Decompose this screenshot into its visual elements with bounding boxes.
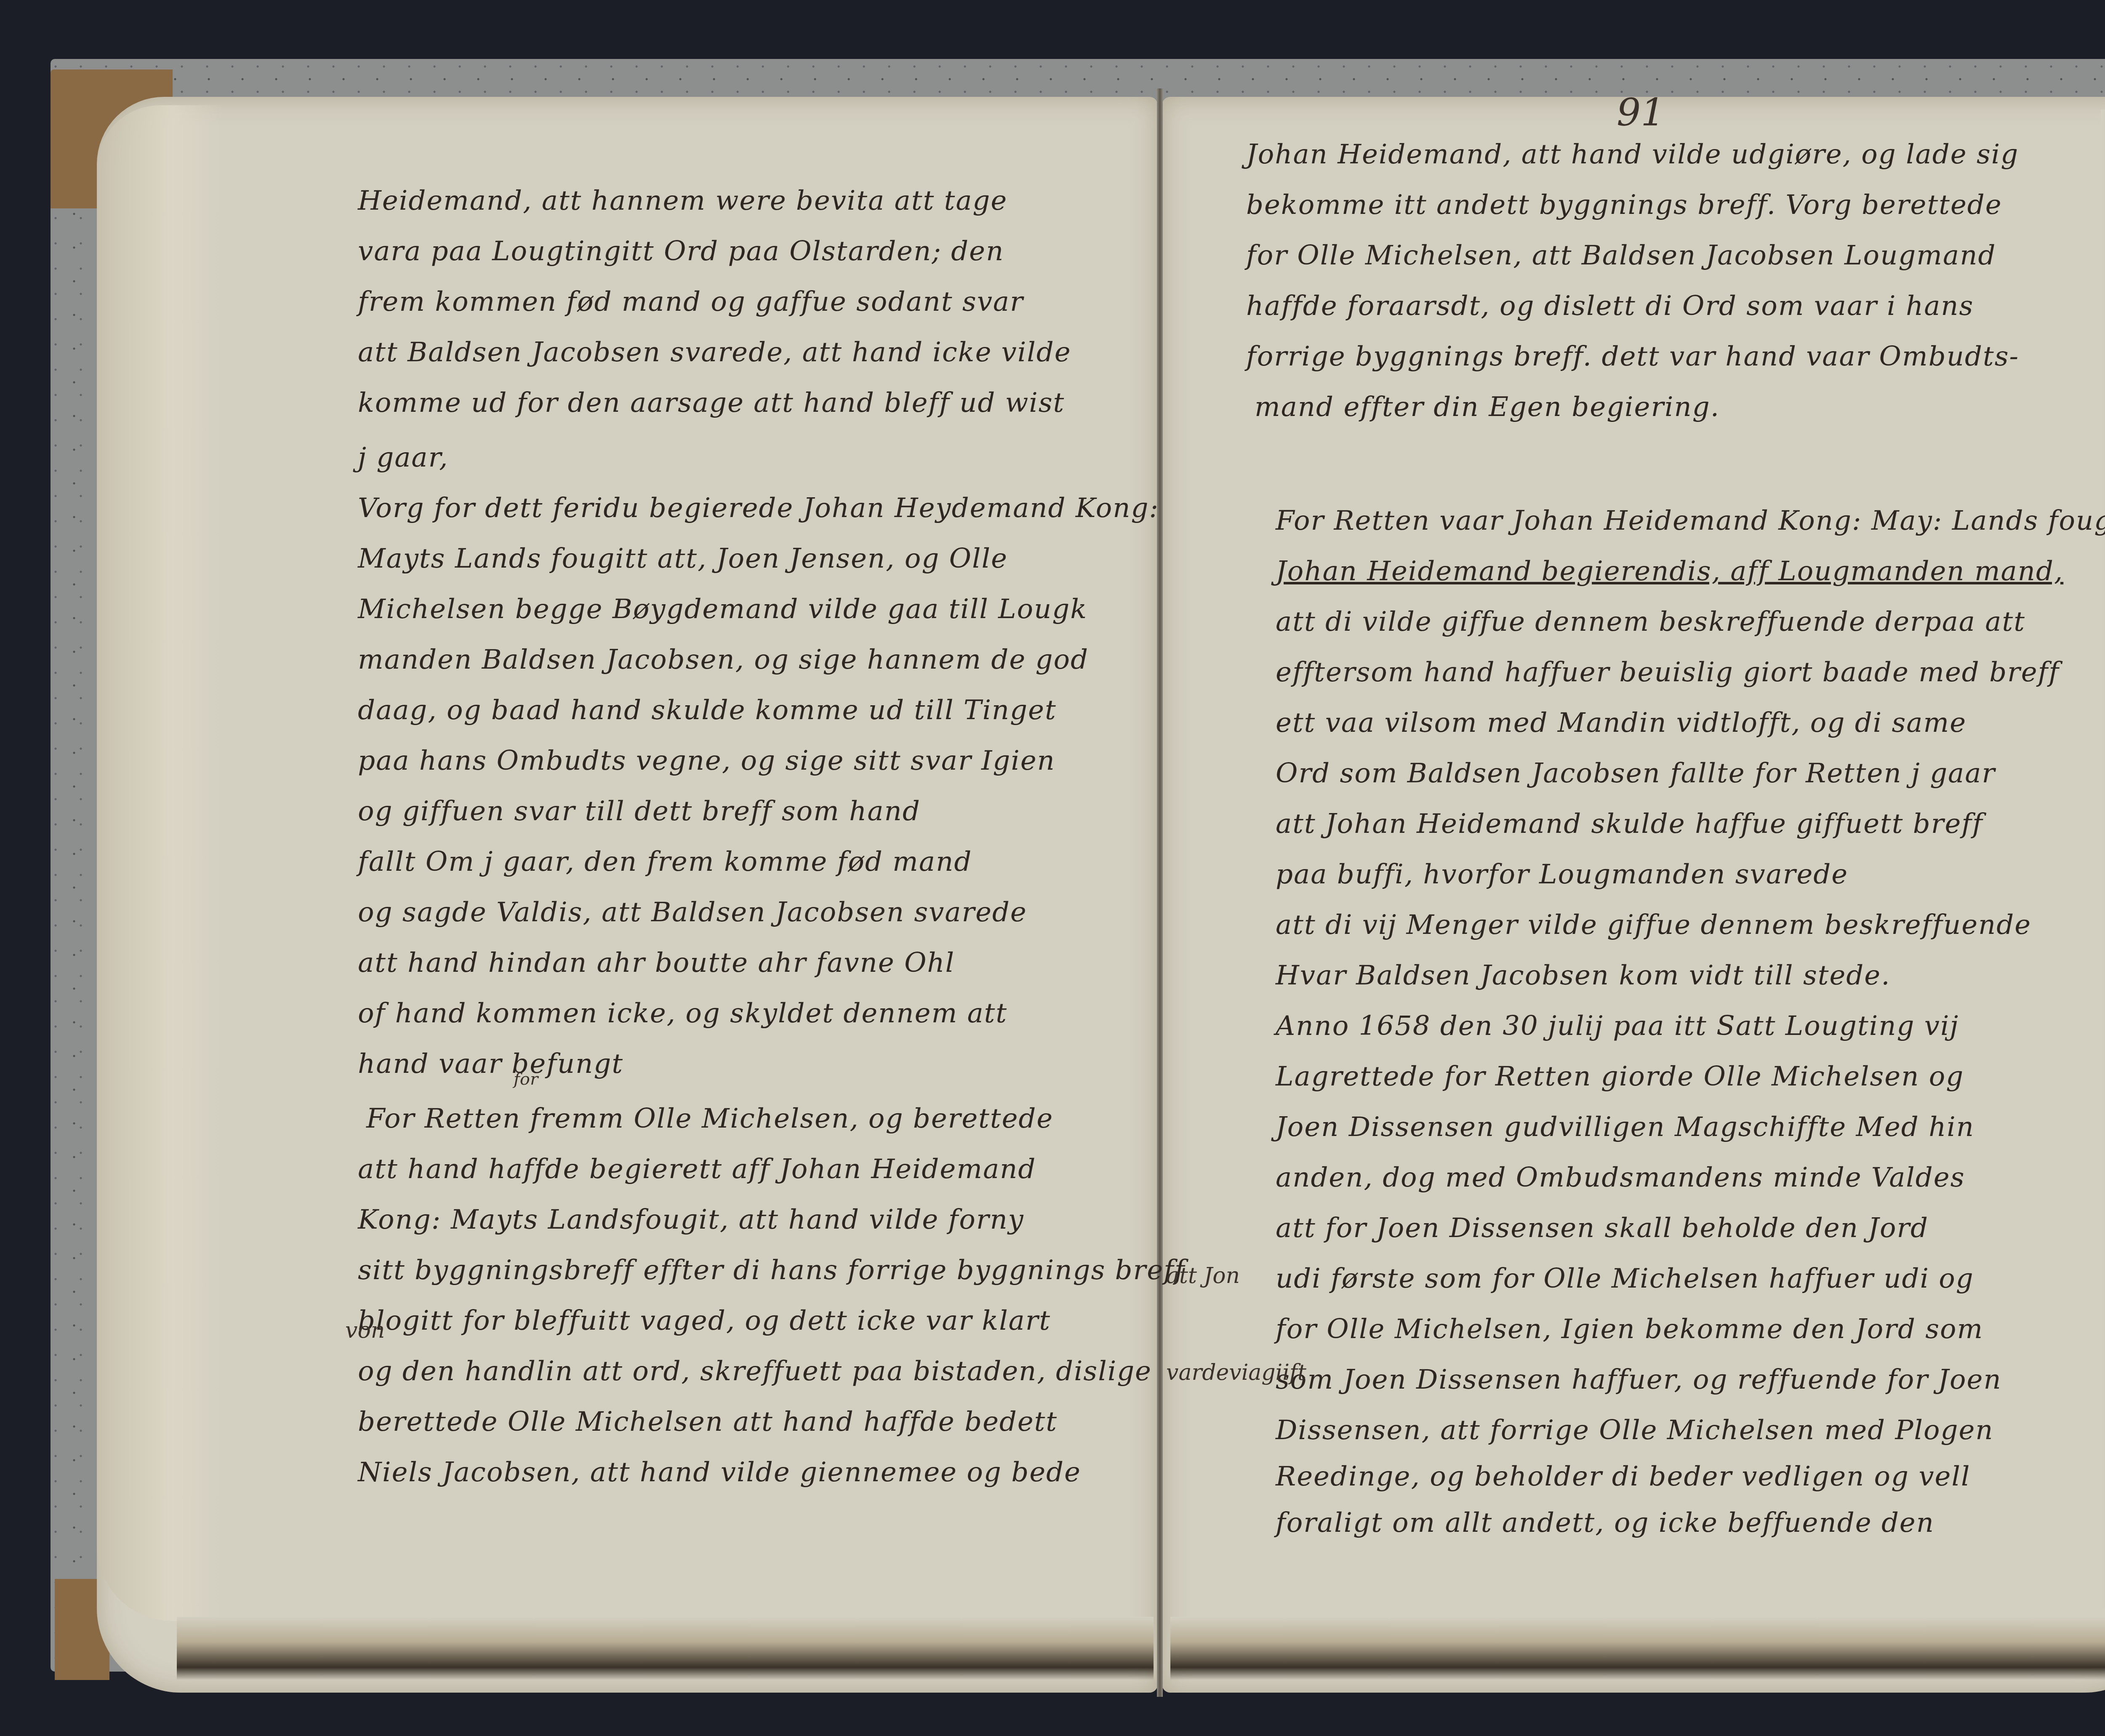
text-line: blogitt for bleffuitt vaged, og dett ick… — [358, 1305, 1051, 1336]
text-line: Johan Heidemand, att hand vilde udgiøre,… — [1246, 139, 2019, 170]
text-line: foraligt om allt andett, og icke beffuen… — [1276, 1507, 1934, 1539]
text-line: forrige byggnings breff. dett var hand v… — [1246, 341, 2019, 372]
text-line: sitt byggningsbreff effter di hans forri… — [358, 1255, 1185, 1286]
text-line: Michelsen begge Bøygdemand vilde gaa til… — [358, 594, 1087, 625]
text-line: Dissensen, att forrige Olle Michelsen me… — [1276, 1415, 1994, 1446]
text-line: att di vilde giffue dennem beskreffuende… — [1276, 606, 2025, 637]
text-line: bekomme itt andett byggnings breff. Vorg… — [1246, 189, 2002, 221]
text-line: Kong: Mayts Landsfougit, att hand vilde … — [358, 1204, 1024, 1235]
text-line: mand effter din Egen begiering. — [1255, 392, 1720, 423]
text-line: Johan Heidemand begierendis, aff Lougman… — [1276, 556, 2063, 587]
text-line: For Retten vaar Johan Heidemand Kong: Ma… — [1276, 505, 2105, 536]
text-line: Niels Jacobsen, att hand vilde giennemee… — [358, 1457, 1081, 1488]
text-line: for Olle Michelsen, att Baldsen Jacobsen… — [1246, 240, 1996, 271]
text-line: att Baldsen Jacobsen svarede, att hand i… — [358, 337, 1071, 368]
text-line: Mayts Lands fougitt att, Joen Jensen, og… — [358, 543, 1008, 574]
text-line: of hand kommen icke, og skyldet dennem a… — [358, 998, 1007, 1029]
text-line: Vorg for dett feridu begierede Johan Hey… — [358, 493, 1159, 524]
text-line: frem kommen fød mand og gaffue sodant sv… — [358, 286, 1024, 317]
text-line: paa buffi, hvorfor Lougmanden svarede — [1276, 859, 1848, 890]
text-line: udi første som for Olle Michelsen haffue… — [1276, 1263, 1974, 1294]
page-number: 91 — [1617, 91, 1665, 135]
text-line: Anno 1658 den 30 julij paa itt Satt Loug… — [1276, 1011, 1959, 1042]
left-page — [97, 97, 1158, 1693]
text-line: efftersom hand haffuer beuislig giort ba… — [1276, 657, 2060, 688]
margin-note: vardeviagiift — [1166, 1360, 1306, 1385]
right-bottom-fray — [1170, 1617, 2105, 1680]
text-line: att Johan Heidemand skulde haffue giffue… — [1276, 808, 1983, 840]
text-line: Heidemand, att hannem were bevita att ta… — [358, 185, 1007, 216]
text-line: att hand hindan ahr boutte ahr favne Ohl — [358, 947, 955, 979]
text-line: ett vaa vilsom med Mandin vidtlofft, og … — [1276, 707, 1966, 739]
text-line: For Retten fremm Olle Michelsen, og bere… — [366, 1103, 1053, 1134]
text-line: Ord som Baldsen Jacobsen fallte for Rett… — [1276, 758, 1996, 789]
text-line: hand vaar befungt — [358, 1048, 624, 1080]
right-page-fore-edge — [2101, 109, 2105, 1608]
text-line: anden, dog med Ombudsmandens minde Valde… — [1276, 1162, 1965, 1193]
text-line: og sagde Valdis, att Baldsen Jacobsen sv… — [358, 897, 1027, 928]
text-line: og den handlin att ord, skreffuett paa b… — [358, 1356, 1152, 1387]
text-line: fallt Om j gaar, den frem komme fød mand — [358, 846, 972, 877]
left-bottom-fray — [177, 1617, 1154, 1680]
margin-note: att Jon — [1166, 1263, 1240, 1288]
text-line: som Joen Dissensen haffuer, og reffuende… — [1276, 1364, 2002, 1395]
right-page — [1162, 97, 2105, 1693]
text-line: manden Baldsen Jacobsen, og sige hannem … — [358, 644, 1089, 675]
margin-note: for — [514, 1069, 538, 1089]
text-line: att hand haffde begierett aff Johan Heid… — [358, 1154, 1036, 1185]
text-line: j gaar, — [358, 442, 448, 473]
margin-note: von — [345, 1318, 385, 1343]
text-line: att di vij Menger vilde giffue dennem be… — [1276, 909, 2031, 941]
text-line: Joen Dissensen gudvilligen Magschiffte M… — [1276, 1112, 1974, 1143]
text-line: att for Joen Dissensen skall beholde den… — [1276, 1213, 1929, 1244]
text-line: for Olle Michelsen, Igien bekomme den Jo… — [1276, 1314, 1983, 1345]
left-page-stack-edge — [97, 105, 223, 1621]
text-line: Lagrettede for Retten giorde Olle Michel… — [1276, 1061, 1964, 1092]
text-line: berettede Olle Michelsen att hand haffde… — [358, 1406, 1058, 1437]
text-line: daag, og baad hand skulde komme ud till … — [358, 695, 1057, 726]
text-line: Reedinge, og beholder di beder vedligen … — [1276, 1461, 1970, 1492]
text-line: haffde foraarsdt, og dislett di Ord som … — [1246, 291, 1974, 322]
book-gutter — [1157, 88, 1163, 1697]
text-line: og giffuen svar till dett breff som hand — [358, 796, 921, 827]
text-line: Hvar Baldsen Jacobsen kom vidt till sted… — [1276, 960, 1891, 991]
text-line: komme ud for den aarsage att hand bleff … — [358, 387, 1065, 419]
text-line: paa hans Ombudts vegne, og sige sitt sva… — [358, 745, 1055, 776]
text-line: vara paa Lougtingitt Ord paa Olstarden; … — [358, 236, 1004, 267]
